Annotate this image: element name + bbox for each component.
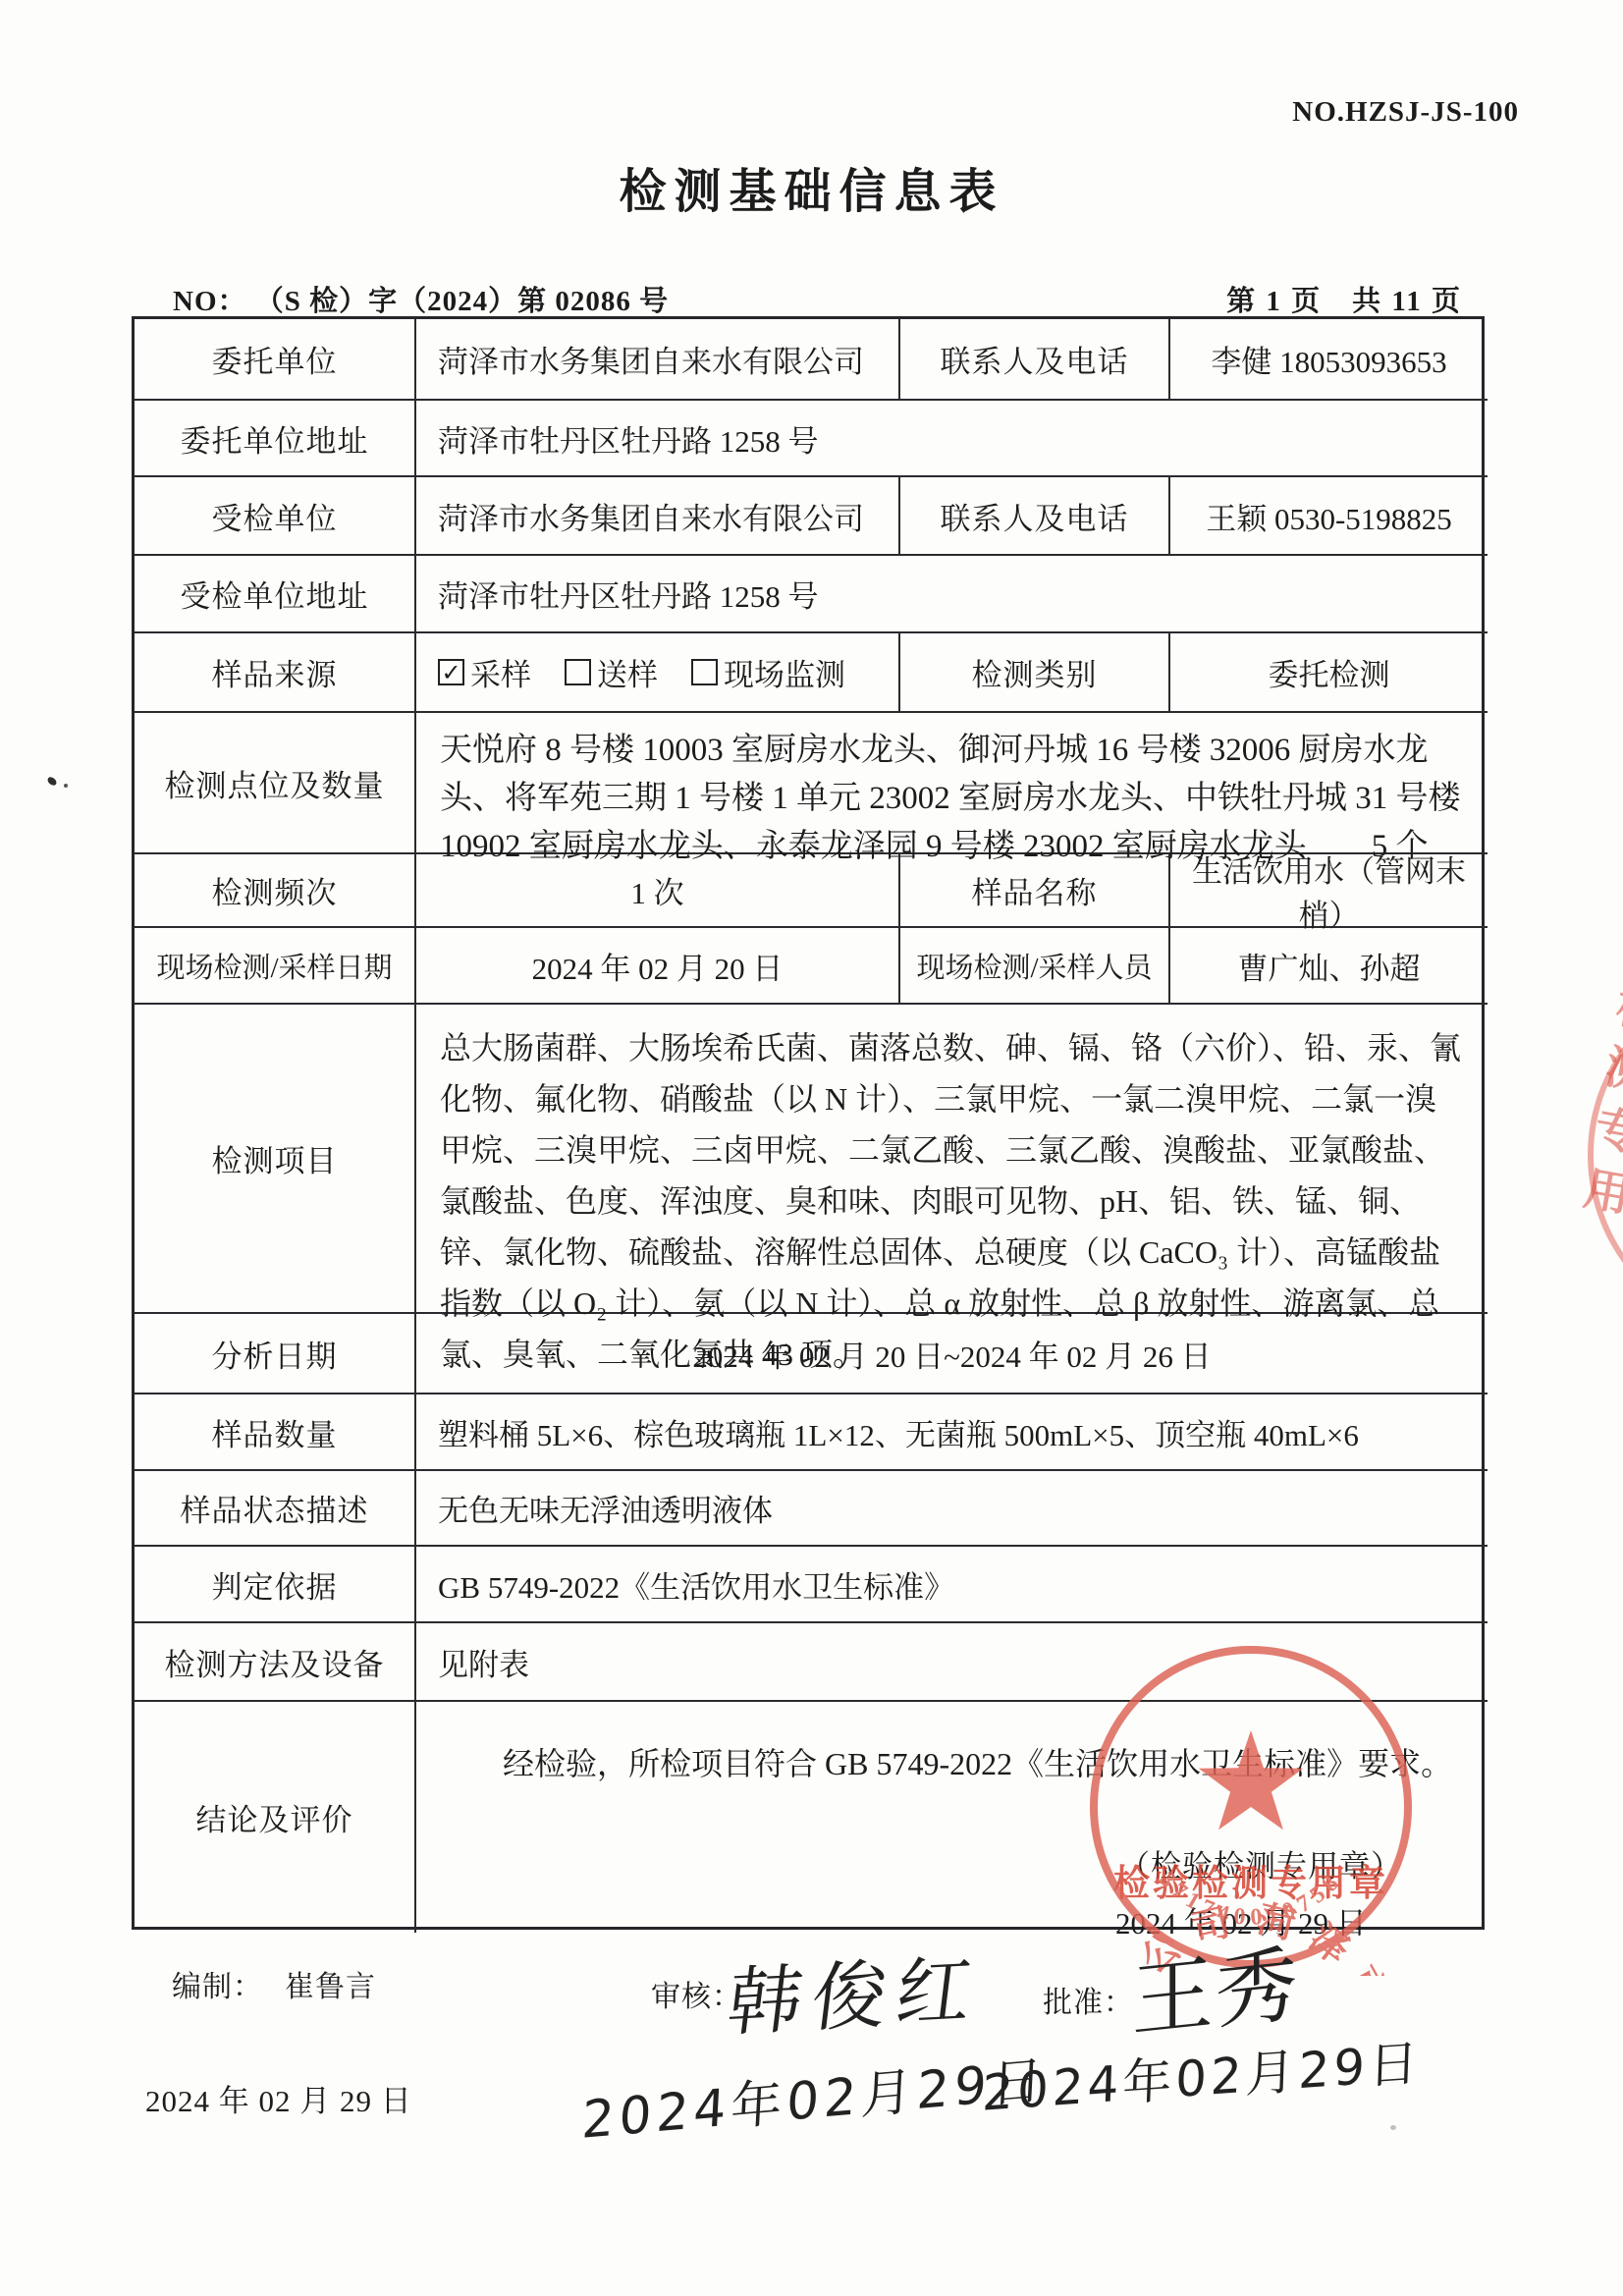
ink-speck: [46, 776, 58, 788]
seal-caption-text: （检验检测专用章）: [1119, 1841, 1402, 1886]
ink-speck: [1390, 2125, 1396, 2130]
field-value-sample-state: 无色无味无浮油透明液体: [416, 1471, 1488, 1547]
checkbox-sampling: ✓采样: [438, 650, 531, 694]
prepared-by-line: 编制：崔鲁言: [172, 1962, 376, 2005]
field-label-sampling-staff: 现场检测/采样人员: [900, 928, 1170, 1005]
field-label-inspected-address: 受检单位地址: [135, 556, 416, 633]
field-label-sampling-date: 现场检测/采样日期: [135, 928, 416, 1005]
empty-box-icon: [691, 659, 718, 685]
field-value-client: 菏泽市水务集团自来水有限公司: [416, 319, 900, 401]
field-label-conclusion: 结论及评价: [135, 1702, 416, 1933]
review-date-handwritten: 2024年02月29日: [580, 2038, 1050, 2153]
field-value-conclusion: 经检验，所检项目符合 GB 5749-2022《生活饮用水卫生标准》要求。 （检…: [416, 1702, 1488, 1933]
page-number-info: 第 1 页 共 11 页: [1226, 279, 1462, 319]
field-value-analysis-date: 2024 年 02 月 20 日~2024 年 02 月 26 日: [416, 1314, 1488, 1394]
checkbox-onsite: 现场监测: [691, 650, 845, 694]
field-value-sampling-date: 2024 年 02 月 20 日: [416, 928, 900, 1005]
field-label-test-category: 检测类别: [900, 633, 1170, 713]
field-value-judgment-basis: GB 5749-2022《生活饮用水卫生标准》: [416, 1547, 1488, 1623]
ink-speck: [64, 784, 68, 788]
field-value-test-category: 委托检测: [1170, 633, 1488, 713]
field-value-client-contact: 李健 18053093653: [1170, 319, 1488, 401]
field-label-client-contact: 联系人及电话: [900, 319, 1170, 401]
approve-label: 批准：: [1043, 1978, 1134, 2021]
checkbox-delivered-label: 送样: [597, 650, 658, 694]
field-value-client-address: 菏泽市牡丹区牡丹路 1258 号: [416, 401, 1488, 477]
field-label-inspected-contact: 联系人及电话: [900, 477, 1170, 556]
scanned-report-page: NO.HZSJ-JS-100 检测基础信息表 NO： （S 检）字（2024）第…: [0, 0, 1623, 2296]
info-table: 委托单位 菏泽市水务集团自来水有限公司 联系人及电话 李健 1805309365…: [132, 316, 1485, 1930]
checkbox-onsite-label: 现场监测: [724, 650, 845, 694]
field-label-inspected-unit: 受检单位: [135, 477, 416, 556]
field-value-test-points: 天悦府 8 号楼 10003 室厨房水龙头、御河丹城 16 号楼 32006 厨…: [416, 713, 1488, 854]
edge-stamp-fragment: 检测专用: [1576, 931, 1623, 1302]
document-code: NO.HZSJ-JS-100: [1292, 96, 1519, 129]
field-label-sample-name: 样品名称: [900, 854, 1170, 928]
field-value-sample-quantity: 塑料桶 5L×6、棕色玻璃瓶 1L×12、无菌瓶 500mL×5、顶空瓶 40m…: [416, 1394, 1488, 1471]
conclusion-text: 经检验，所检项目符合 GB 5749-2022《生活饮用水卫生标准》要求。: [440, 1739, 1468, 1784]
field-label-test-frequency: 检测频次: [135, 854, 416, 928]
prepared-by-name: 崔鲁言: [285, 1971, 376, 2003]
field-label-sample-quantity: 样品数量: [135, 1394, 416, 1471]
edge-stamp-text: 检测专用: [1576, 978, 1623, 1233]
checked-box-icon: ✓: [438, 659, 464, 685]
field-label-sample-state: 样品状态描述: [135, 1471, 416, 1547]
field-value-inspected-unit: 菏泽市水务集团自来水有限公司: [416, 477, 900, 556]
checkbox-delivered: 送样: [565, 650, 658, 694]
field-value-inspected-contact: 王颖 0530-5198825: [1170, 477, 1488, 556]
prepared-label: 编制：: [172, 1971, 263, 2003]
field-value-test-frequency: 1 次: [416, 854, 900, 928]
field-label-test-items: 检测项目: [135, 1005, 416, 1314]
field-label-sample-source: 样品来源: [135, 633, 416, 713]
field-value-sampling-staff: 曹广灿、孙超: [1170, 928, 1488, 1005]
field-label-test-points: 检测点位及数量: [135, 713, 416, 854]
field-value-methods-equipment: 见附表: [416, 1623, 1488, 1702]
report-number: NO： （S 检）字（2024）第 02086 号: [173, 279, 669, 319]
empty-box-icon: [565, 659, 591, 685]
page-title: 检测基础信息表: [0, 153, 1623, 221]
sample-source-options: ✓采样 送样 现场监测: [416, 633, 900, 713]
field-value-inspected-address: 菏泽市牡丹区牡丹路 1258 号: [416, 556, 1488, 633]
field-label-judgment-basis: 判定依据: [135, 1547, 416, 1623]
checkbox-sampling-label: 采样: [470, 650, 531, 694]
review-signature: 韩俊红: [722, 1930, 988, 2050]
prepared-date: 2024 年 02 月 29 日: [145, 2076, 412, 2120]
field-label-client: 委托单位: [135, 319, 416, 401]
field-value-sample-name: 生活饮用水（管网末梢）: [1170, 854, 1488, 928]
field-label-methods-equipment: 检测方法及设备: [135, 1623, 416, 1702]
field-label-analysis-date: 分析日期: [135, 1314, 416, 1394]
checkbox-group: ✓采样 送样 现场监测: [438, 650, 845, 694]
field-value-test-items: 总大肠菌群、大肠埃希氏菌、菌落总数、砷、镉、铬（六价）、铅、汞、氰化物、氟化物、…: [416, 1005, 1488, 1314]
field-label-client-address: 委托单位地址: [135, 401, 416, 477]
